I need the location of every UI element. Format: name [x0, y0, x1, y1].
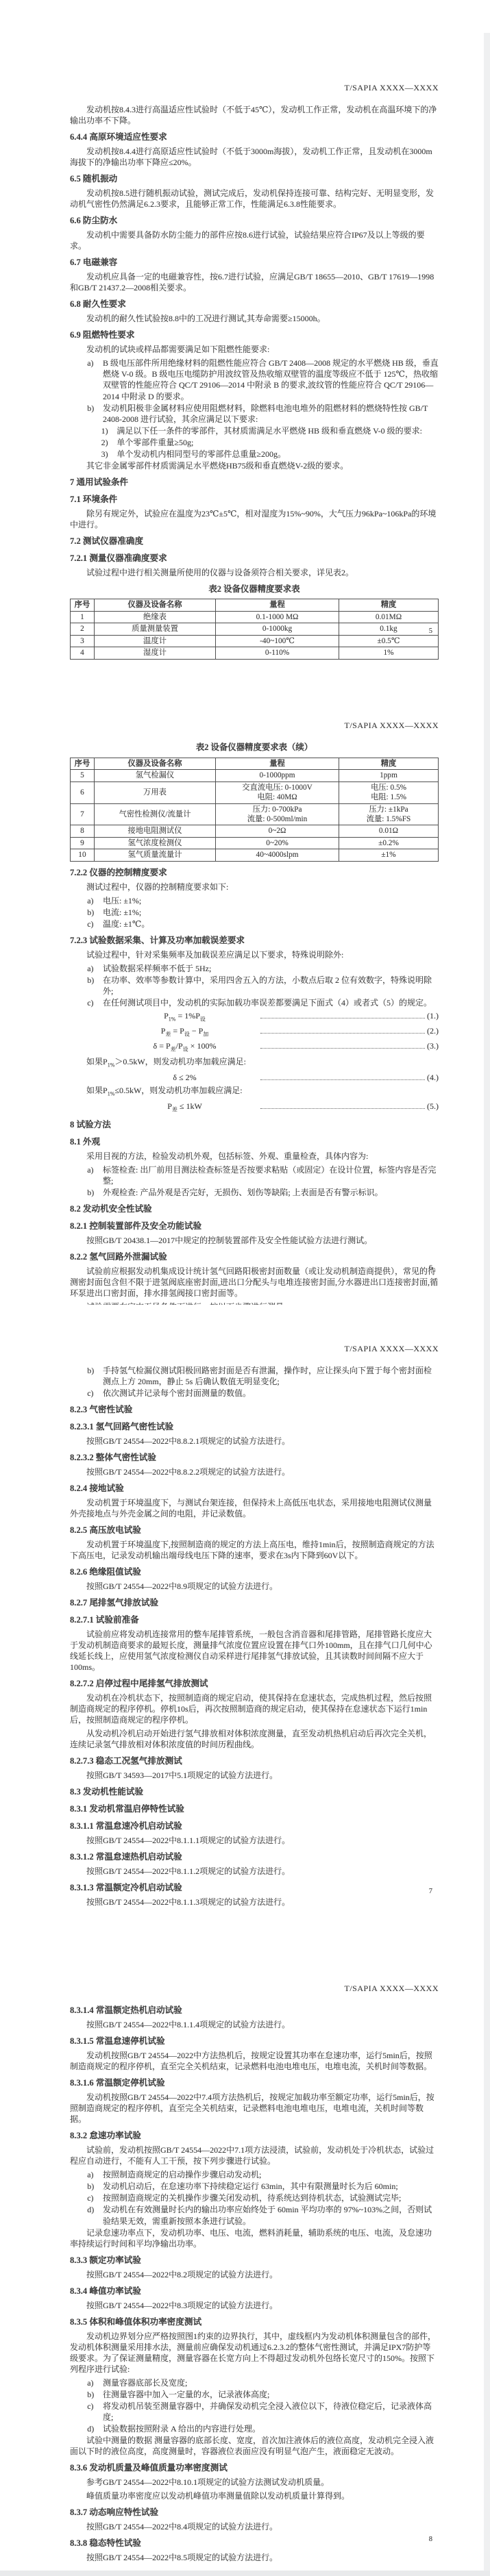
paragraph: 按照GB/T 20438.1—2017中规定的控制装置部件及安全性能试验方法进行… [70, 1235, 439, 1246]
paragraph: 按照GB/T 24554—2022中8.8.2.1项规定的试验方法进行。 [70, 1436, 439, 1447]
section-heading: 6.6 防尘防水 [70, 215, 439, 227]
list-item: d)试验数据按照附录 A 给出的内容进行处理。 [70, 2423, 439, 2434]
table-header-cell: 序号 [71, 758, 95, 769]
paragraph: 发动机按8.5进行随机振动试验，测试完成后，发动机保持连接可靠、结构完好、无明显… [70, 188, 439, 210]
list-item-label: d) [87, 2204, 103, 2226]
list-item: c)在任何测试项目中，发动机的实际加载功率误差都要满足下面式（4）或者式（5）的… [70, 997, 439, 1008]
section-heading: 8.3.8 稳态特性试验 [70, 2538, 439, 2549]
list-item-label: 3) [101, 449, 117, 460]
table-row: 4湿度计0-110%1% [71, 647, 439, 659]
sub-list-item: 3)单个发动机内相同型号的零部件总重量≥200g。 [70, 449, 439, 460]
equation-number: (5.) [427, 1101, 439, 1112]
section-heading: 8.2.3 气密性试验 [70, 1404, 439, 1416]
list-item-text: 发动机在有效测量时长内的输出功率应始终处于 60min 平均功率的 97%~10… [103, 2204, 439, 2226]
equation-dotted-leader [260, 1012, 425, 1018]
section-heading: 7.2.3 试验数据采集、计算及功率加载误差要求 [70, 935, 439, 947]
paragraph: 按照GB/T 24554—2022中8.9项规定的试验方法进行。 [70, 1581, 439, 1592]
list-item-text: 将发动机吊装至测量容器中，并确保发动机完全浸入液位以下，待液位稳定后，记录液体高… [103, 2401, 439, 2423]
section-heading: 8.3.1 发动机常温启停特性试验 [70, 1803, 439, 1815]
equation-number: (1.) [427, 1010, 439, 1021]
table-cell: -40~100℃ [216, 635, 339, 647]
equation: δ ≤ 2%(4.) [70, 1072, 439, 1083]
section-heading: 6.8 耐久性要求 [70, 299, 439, 310]
table-row: 2质量测量装置0-1000kg0.1kg [71, 623, 439, 635]
list-item: b)电流: ±1%; [70, 907, 439, 918]
sub-list-item: 1)满足以下任一条件的零部件，其材质需满足水平燃烧 HB 级和垂直燃烧 V-0 … [70, 425, 439, 436]
paragraph: 按照GB/T 24554—2022中8.8.2.2项规定的试验方法进行。 [70, 1466, 439, 1477]
table-cell: 电压: 0.5%电阻: 1.5% [339, 781, 438, 803]
paragraph: 试验前，发动机按照GB/T 24554—2022中7.1项方法浸渍，试验前，发动… [70, 2144, 439, 2166]
paragraph: 发动机中需要具备防水防尘能力的部件应按8.6进行试验，试验结果应符合IP67及以… [70, 229, 439, 251]
table-header-cell: 序号 [71, 599, 95, 611]
list-item: d)发动机在有效测量时长内的输出功率应始终处于 60min 平均功率的 97%~… [70, 2204, 439, 2226]
equation: P差 ≤ 1kW(5.) [70, 1101, 439, 1114]
table-caption: 表2 设备仪器精度要求表（续） [70, 742, 439, 753]
list-item-text: 单个零部件重量≥50g; [117, 437, 439, 448]
equation-expression: P差 = P设 − P加 [111, 1025, 258, 1038]
equation-number: (2.) [427, 1025, 439, 1036]
table-cell: 接地电阻测试仪 [94, 825, 215, 837]
list-item: c)将发动机吊装至测量容器中，并确保发动机完全浸入液位以下，待液位稳定后，记录液… [70, 2401, 439, 2423]
table-cell: 1% [339, 647, 438, 659]
table-cell: 6 [71, 781, 95, 803]
paragraph: 按照GB/T 24554—2022中8.2项规定的试验方法进行。 [70, 2269, 439, 2280]
table-cell: 压力: 0-700kPa流量: 0-500ml/min [216, 803, 339, 825]
viewer-background-right-edge [484, 33, 490, 2571]
page-header-doc-code: T/SAPIA XXXX—XXXX [70, 0, 439, 93]
list-item-label: c) [87, 918, 103, 929]
table-header-row: 序号仪器及设备名称量程精度 [71, 599, 439, 611]
paragraph: 按照GB/T 34593—2017中5.1项规定的试验方法进行。 [70, 1770, 439, 1781]
section-heading: 8.3 发动机性能试验 [70, 1786, 439, 1798]
paragraph: 发动机在冷机状态下，按照制造商的规定启动，使其保持在怠速状态，完成热机过程，然后… [70, 1692, 439, 1725]
paragraph: 按照GB/T 24554—2022中8.5项规定的试验方法进行。 [70, 2552, 439, 2563]
table-cell: 质量测量装置 [94, 623, 215, 635]
list-item-text: 在任何测试项目中，发动机的实际加载功率误差都要满足下面式（4）或者式（5）的规定… [103, 997, 439, 1008]
list-item: b)往测量容器中加入一定量的水，记录液体高度; [70, 2389, 439, 2400]
list-item-label: a) [87, 963, 103, 974]
page-number: 7 [429, 1887, 432, 1897]
paragraph: 峰值质量功率密度应以发动机峰值功率测量值除以发动机质量计算得到。 [70, 2490, 439, 2501]
instrument-accuracy-table: 序号仪器及设备名称量程精度5氢气检漏仪0-1000ppm1ppm6万用表交直流电… [70, 758, 439, 862]
list-item: a)试验数据采样频率不低于 5Hz; [70, 963, 439, 974]
page-header-doc-code: T/SAPIA XXXX—XXXX [70, 1928, 439, 1994]
table-row: 3温度计-40~100℃±0.5℃ [71, 635, 439, 647]
list-item: a)测量容器底部长及宽度; [70, 2377, 439, 2388]
table-cell: 万用表 [94, 781, 215, 803]
table-cell: 40~4000slpm [216, 849, 339, 861]
table-cell: 2 [71, 623, 95, 635]
list-item-text: 试验数据采样频率不低于 5Hz; [103, 963, 439, 974]
section-heading: 8.2.4 接地试验 [70, 1483, 439, 1495]
table-row: 6万用表交直流电压: 0-1000V电阻: 40MΩ电压: 0.5%电阻: 1.… [71, 781, 439, 803]
list-item-text: 发动机阳极非金属材料应使用阻燃材料，除燃料电池电堆外的阻燃材料的燃烧特性按 GB… [103, 403, 439, 425]
paragraph: 按照GB/T 24554—2022中8.1.1.2项规定的试验方法进行。 [70, 1866, 439, 1877]
list-item-label: b) [87, 2181, 103, 2192]
equation-dotted-leader [260, 1028, 425, 1034]
list-item-text: 电流: ±1%; [103, 907, 439, 918]
paragraph: 试验前应将发动机连接常用的整车尾排管系统，一般包含消音器和尾排管路，尾排管路长度… [70, 1629, 439, 1673]
list-item-label: a) [87, 2377, 103, 2388]
table-header-row: 序号仪器及设备名称量程精度 [71, 758, 439, 769]
list-item-label: b) [87, 2389, 103, 2400]
list-item: c)按照制造商规定的关机操作步骤关闭发动机，待系统达到待机状态，试验测试完毕; [70, 2192, 439, 2203]
list-item-label: b) [87, 1365, 103, 1387]
table-header-cell: 仪器及设备名称 [94, 599, 215, 611]
table-cell: 3 [71, 635, 95, 647]
table-caption: 表2 设备仪器精度要求表 [70, 584, 439, 595]
paragraph: 试验前应根据发动机集成设计统计氢气回路阳极密封面数量（或让发动机制造商提供），常… [70, 1266, 439, 1299]
section-heading: 8.3.1.3 常温额定冷机启动试验 [70, 1882, 439, 1894]
paragraph: 按照GB/T 24554—2022中8.1.1.3项规定的试验方法进行。 [70, 1897, 439, 1908]
paragraph: 发动机按8.4.3进行高温适应性试验时（不低于45℃），发动机工作正常，发动机在… [70, 104, 439, 126]
section-heading: 8.2.7.1 试验前准备 [70, 1614, 439, 1626]
equation: P1% = 1%P设(1.) [70, 1010, 439, 1023]
list-item-text: 测量容器底部长及宽度; [103, 2377, 439, 2388]
list-item-text: 温度: ±1℃。 [103, 918, 439, 929]
list-item-text: 标签检查: 出厂前用目测法检查标签是否按要求粘贴（或固定）在设计位置，标签内容是… [103, 1164, 439, 1186]
list-item-text: 在功率、效率等参数计算中，采用四舍五入的方法，小数点后取 2 位有效数字，特殊说… [103, 975, 439, 997]
section-heading: 6.5 随机振动 [70, 173, 439, 185]
table-cell: 湿度计 [94, 647, 215, 659]
list-item-label: b) [87, 907, 103, 918]
table-cell: ±1% [339, 849, 438, 861]
equation: P差 = P设 − P加(2.) [70, 1025, 439, 1038]
section-heading: 6.4.4 高原环境适应性要求 [70, 132, 439, 143]
paragraph: 采用目视的方法，检验发动机外观，包括标签、外观、重量检查，具体内容为: [70, 1151, 439, 1162]
table-cell: 氢气检漏仪 [94, 770, 215, 781]
table-cell: 1 [71, 611, 95, 623]
list-item-text: 单个发动机内相同型号的零部件总重量≥200g。 [117, 449, 439, 460]
table-cell: 0.1kg [339, 623, 438, 635]
section-heading: 8.2.2 氢气回路外泄漏试验 [70, 1251, 439, 1263]
paragraph: 发动机的试块或样品都需要满足如下阻燃性能要求: [70, 344, 439, 355]
paragraph: 按照GB/T 24554—2022中8.1.1.4项规定的试验方法进行。 [70, 2019, 439, 2030]
table-header-cell: 精度 [339, 599, 438, 611]
section-heading: 8.3.6 发动机质量及峰值质量功率密度测试 [70, 2462, 439, 2474]
list-item: b)发动机启动后，在怠速功率下持续稳定运行 63min，其中有限测量时长为后 6… [70, 2181, 439, 2192]
table-header-cell: 仪器及设备名称 [94, 758, 215, 769]
table-cell: 5 [71, 770, 95, 781]
instrument-accuracy-table: 序号仪器及设备名称量程精度1绝缘表0.1-1000 MΩ0.01MΩ2质量测量装… [70, 599, 439, 659]
list-item-text: B 级电压部件所用绝缘材料的阻燃性能应符合 GB/T 2408—2008 规定的… [103, 358, 439, 401]
section-heading: 7.2.1 测量仪器准确度要求 [70, 553, 439, 564]
list-item-label: c) [87, 2401, 103, 2423]
paragraph: 试验过程中进行相关测量所使用的仪器与设备须符合相关要求，详见表2。 [70, 567, 439, 578]
equation-expression: P差 ≤ 1kW [111, 1101, 258, 1114]
section-heading: 7.2 测试仪器准确度 [70, 536, 439, 547]
list-item-label: b) [87, 403, 103, 425]
list-item-text: 发动机启动后，在怠速功率下持续稳定运行 63min，其中有限测量时长为后 60m… [103, 2181, 439, 2192]
paragraph: 如果P1%＞0.5kW，则发动机功率加载应满足: [70, 1056, 439, 1069]
section-heading: 8.2.7.2 启停过程中尾排氢气排放测试 [70, 1678, 439, 1690]
list-item-label: a) [87, 358, 103, 401]
page-number: 6 [429, 1264, 432, 1273]
paragraph: 发动机按照GB/T 24554—2022中方法热机后，按规定设置其功率在怠速功率… [70, 2050, 439, 2072]
list-item: a)按照制造商规定的启动操作步骤启动发动机; [70, 2169, 439, 2180]
section-heading: 6.9 阻燃特性要求 [70, 329, 439, 341]
list-item: b)手持氢气检漏仪测试阳极回路密封面是否有泄漏，操作时，应让探头向下置于每个密封… [70, 1365, 439, 1387]
list-item: c)依次测试并记录每个密封面测量的数值。 [70, 1388, 439, 1399]
list-item-text: 手持氢气检漏仪测试阳极回路密封面是否有泄漏，操作时，应让探头向下置于每个密封面检… [103, 1365, 439, 1387]
paragraph: 发动机应具备一定的电磁兼容性，按6.7进行试验，应满足GB/T 18655—20… [70, 271, 439, 293]
list-item-label: a) [87, 895, 103, 906]
table-header-cell: 量程 [216, 758, 339, 769]
table-row: 7气密性检测仪/流量计压力: 0-700kPa流量: 0-500ml/min压力… [71, 803, 439, 825]
list-item: a)电压: ±1%; [70, 895, 439, 906]
page-header-doc-code: T/SAPIA XXXX—XXXX [70, 668, 439, 731]
table-cell: 0.1-1000 MΩ [216, 611, 339, 623]
paragraph: 按照GB/T 24554—2022中8.1.1.1项规定的试验方法进行。 [70, 1835, 439, 1846]
list-item-label: a) [87, 1164, 103, 1186]
paragraph: 试验中测量的数据 测量容器的底部长度、宽度，首次加注液体后的液位高度，发动机完全… [70, 2435, 439, 2457]
page-header-doc-code: T/SAPIA XXXX—XXXX [70, 1305, 439, 1354]
section-heading: 8.3.4 峰值功率试验 [70, 2286, 439, 2297]
equation: δ = P差/P设 × 100%(3.) [70, 1040, 439, 1053]
document-pages: T/SAPIA XXXX—XXXX发动机按8.4.3进行高温适应性试验时（不低于… [0, 0, 490, 2576]
list-item-text: 满足以下任一条件的零部件，其材质需满足水平燃烧 HB 级和垂直燃烧 V-0 级的… [117, 425, 439, 436]
table-row: 9氢气浓度检测仪0~20%±0.2% [71, 837, 439, 849]
paragraph: 记录怠速功率点下，发动机功率、电压、电流，燃料消耗量，辅助系统的电压、电流，及怠… [70, 2227, 439, 2249]
table-cell: 0~20% [216, 837, 339, 849]
list-item: a)标签检查: 出厂前用目测法检查标签是否按要求粘贴（或固定）在设计位置，标签内… [70, 1164, 439, 1186]
table-row: 8接地电阻测试仪0~2Ω0.01Ω [71, 825, 439, 837]
table-cell: 7 [71, 803, 95, 825]
table-cell: 0-1000ppm [216, 770, 339, 781]
paragraph: 其它非金属零部件材质需满足水平燃烧HB75级和垂直燃烧V-2级的要求。 [70, 460, 439, 471]
section-heading: 7 通用试验条件 [70, 477, 439, 488]
document-page-2: T/SAPIA XXXX—XXXX表2 设备仪器精度要求表（续）序号仪器及设备名… [0, 668, 490, 1305]
paragraph: 按照GB/T 24554—2022中8.3项规定的试验方法进行。 [70, 2300, 439, 2311]
list-item-label: c) [87, 997, 103, 1008]
table-row: 10氢气质量流量计40~4000slpm±1% [71, 849, 439, 861]
section-heading: 8.3.5 体积和峰值体积功率密度测试 [70, 2316, 439, 2328]
list-item: b)在功率、效率等参数计算中，采用四舍五入的方法，小数点后取 2 位有效数字，特… [70, 975, 439, 997]
document-page-1: T/SAPIA XXXX—XXXX发动机按8.4.3进行高温适应性试验时（不低于… [0, 0, 490, 668]
table-cell: 0.01MΩ [339, 611, 438, 623]
paragraph: 从发动机冷机启动开始进行氢气排放相对体积浓度测量，直至发动机热机启动后再次完全关… [70, 1728, 439, 1750]
list-item-label: b) [87, 1187, 103, 1198]
sub-list-item: 2)单个零部件重量≥50g; [70, 437, 439, 448]
list-item: c)温度: ±1℃。 [70, 918, 439, 929]
paragraph: 发动机的耐久性试验按8.8中的工况进行测试,其寿命需要≥15000h。 [70, 313, 439, 324]
section-heading: 8.3.1.4 常温额定热机启动试验 [70, 2005, 439, 2016]
section-heading: 6.7 电磁兼容 [70, 257, 439, 268]
list-item-label: 2) [101, 437, 117, 448]
list-item-text: 往测量容器中加入一定量的水，记录液体高度; [103, 2389, 439, 2400]
paragraph: 发动机置于环境温度下,按照制造商的规定的方法上高压电，维持1min后，按照制造商… [70, 1539, 439, 1561]
equation-dotted-leader [260, 1074, 425, 1080]
table-cell: 0~2Ω [216, 825, 339, 837]
section-heading: 8.2.1 控制装置部件及安全功能试验 [70, 1221, 439, 1232]
page-number: 5 [429, 627, 432, 636]
equation-dotted-leader [260, 1103, 425, 1109]
table-header-cell: 量程 [216, 599, 339, 611]
paragraph: 试验过程中，针对采集频率及加载误差应满足以下要求，特殊说明除外: [70, 949, 439, 960]
table-cell: 氢气浓度检测仪 [94, 837, 215, 849]
viewer-background-bottom-edge [0, 2571, 490, 2576]
paragraph: 测试过程中，仪器的控制精度要求如下: [70, 881, 439, 892]
paragraph: 发动机按8.4.4进行高原适应性试验时（不低于3000m海拔），发动机工作正常，… [70, 146, 439, 168]
paragraph: 参考GB/T 24554—2022中8.10.1项规定的试验方法测试发动机质量。 [70, 2477, 439, 2488]
list-item-label: c) [87, 2192, 103, 2203]
section-heading: 8.3.1.1 常温怠速冷机启动试验 [70, 1821, 439, 1832]
table-cell: 压力: ±1kPa流量: 1.5%FS [339, 803, 438, 825]
equation-dotted-leader [260, 1043, 425, 1049]
document-page-4: T/SAPIA XXXX—XXXX8.3.1.4 常温额定热机启动试验按照GB/… [0, 1928, 490, 2576]
document-viewer: T/SAPIA XXXX—XXXX发动机按8.4.3进行高温适应性试验时（不低于… [0, 0, 490, 2576]
paragraph: 除另有规定外，试验应在温度为23℃±5℃，相对湿度为15%~90%，大气压力96… [70, 508, 439, 530]
table-cell: 0.01Ω [339, 825, 438, 837]
table-cell: 1ppm [339, 770, 438, 781]
table-cell: 温度计 [94, 635, 215, 647]
section-heading: 8.1 外观 [70, 1136, 439, 1148]
section-heading: 8.2 发动机安全性试验 [70, 1203, 439, 1215]
section-heading: 8.2.7 尾排氢气排放试验 [70, 1597, 439, 1609]
table-cell: 9 [71, 837, 95, 849]
section-heading: 8.3.7 动态响应特性试验 [70, 2507, 439, 2518]
paragraph: 发动机边界划分应严格按照图1约束的边界执行，其中，虚线框内为发动机体积测量包含的… [70, 2331, 439, 2375]
list-item-label: b) [87, 975, 103, 997]
list-item: b)发动机阳极非金属材料应使用阻燃材料，除燃料电池电堆外的阻燃材料的燃烧特性按 … [70, 403, 439, 425]
equation-expression: δ = P差/P设 × 100% [111, 1040, 258, 1053]
section-heading: 8.2.6 绝缘阻值试验 [70, 1566, 439, 1578]
paragraph: 发动机按照GB/T 24554—2022中7.4项方法热机后，按规定加载功率至额… [70, 2092, 439, 2125]
list-item-text: 试验数据按照附录 A 给出的内容进行处理。 [103, 2423, 439, 2434]
section-heading: 8.3.1.5 常温怠速停机试验 [70, 2036, 439, 2047]
table-cell: ±0.2% [339, 837, 438, 849]
page-number: 8 [429, 2535, 432, 2544]
table-cell: 交直流电压: 0-1000V电阻: 40MΩ [216, 781, 339, 803]
list-item: b)外观检查: 产品外观是否完好，无损伤、划伤等缺陷; 上表面是否有警示标识。 [70, 1187, 439, 1198]
section-heading: 8.3.2 怠速功率试验 [70, 2130, 439, 2142]
paragraph: 按照GB/T 24554—2022中8.4项规定的试验方法进行。 [70, 2521, 439, 2532]
paragraph: 如果P1%≤0.5kW，则发动机功率加载应满足: [70, 1085, 439, 1098]
section-heading: 8.3.1.6 常温额定停机试验 [70, 2077, 439, 2089]
list-item-label: c) [87, 1388, 103, 1399]
section-heading: 8.2.7.3 稳态工况氢气排放测试 [70, 1755, 439, 1767]
table-row: 5氢气检漏仪0-1000ppm1ppm [71, 770, 439, 781]
table-cell: 0-1000kg [216, 623, 339, 635]
equation-number: (3.) [427, 1040, 439, 1051]
table-cell: 气密性检测仪/流量计 [94, 803, 215, 825]
list-item-text: 外观检查: 产品外观是否完好，无损伤、划伤等缺陷; 上表面是否有警示标识。 [103, 1187, 439, 1198]
table-header-cell: 精度 [339, 758, 438, 769]
table-cell: 4 [71, 647, 95, 659]
document-page-3: T/SAPIA XXXX—XXXXb)手持氢气检漏仪测试阳极回路密封面是否有泄漏… [0, 1305, 490, 1928]
equation-number: (4.) [427, 1072, 439, 1083]
list-item-text: 依次测试并记录每个密封面测量的数值。 [103, 1388, 439, 1399]
section-heading: 7.1 环境条件 [70, 494, 439, 505]
section-heading: 8.2.5 高压放电试验 [70, 1525, 439, 1536]
section-heading: 8 试验方法 [70, 1119, 439, 1131]
table-row: 1绝缘表0.1-1000 MΩ0.01MΩ [71, 611, 439, 623]
list-item-text: 按照制造商规定的启动操作步骤启动发动机; [103, 2169, 439, 2180]
equation-expression: δ ≤ 2% [111, 1072, 258, 1083]
section-heading: 8.3.3 额定功率试验 [70, 2255, 439, 2266]
list-item-text: 电压: ±1%; [103, 895, 439, 906]
section-heading: 8.3.1.2 常温怠速热机启动试验 [70, 1851, 439, 1863]
list-item-label: a) [87, 2169, 103, 2180]
list-item: a)B 级电压部件所用绝缘材料的阻燃性能应符合 GB/T 2408—2008 规… [70, 358, 439, 401]
section-heading: 8.2.3.1 氢气回路气密性试验 [70, 1421, 439, 1433]
section-heading: 8.2.3.2 整体气密性试验 [70, 1452, 439, 1464]
list-item-text: 按照制造商规定的关机操作步骤关闭发动机，待系统达到待机状态，试验测试完毕; [103, 2192, 439, 2203]
table-cell: 0-110% [216, 647, 339, 659]
equation-expression: P1% = 1%P设 [111, 1010, 258, 1023]
paragraph: 发动机置于环境温度下，与测试台架连接，但保持未上高低压电状态，采用接地电阻测试仪… [70, 1497, 439, 1519]
table-cell: 氢气质量流量计 [94, 849, 215, 861]
table-cell: ±0.5℃ [339, 635, 438, 647]
table-cell: 8 [71, 825, 95, 837]
list-item-label: d) [87, 2423, 103, 2434]
section-heading: 7.2.2 仪器的控制精度要求 [70, 867, 439, 879]
table-cell: 10 [71, 849, 95, 861]
table-cell: 绝缘表 [94, 611, 215, 623]
list-item-label: 1) [101, 425, 117, 436]
